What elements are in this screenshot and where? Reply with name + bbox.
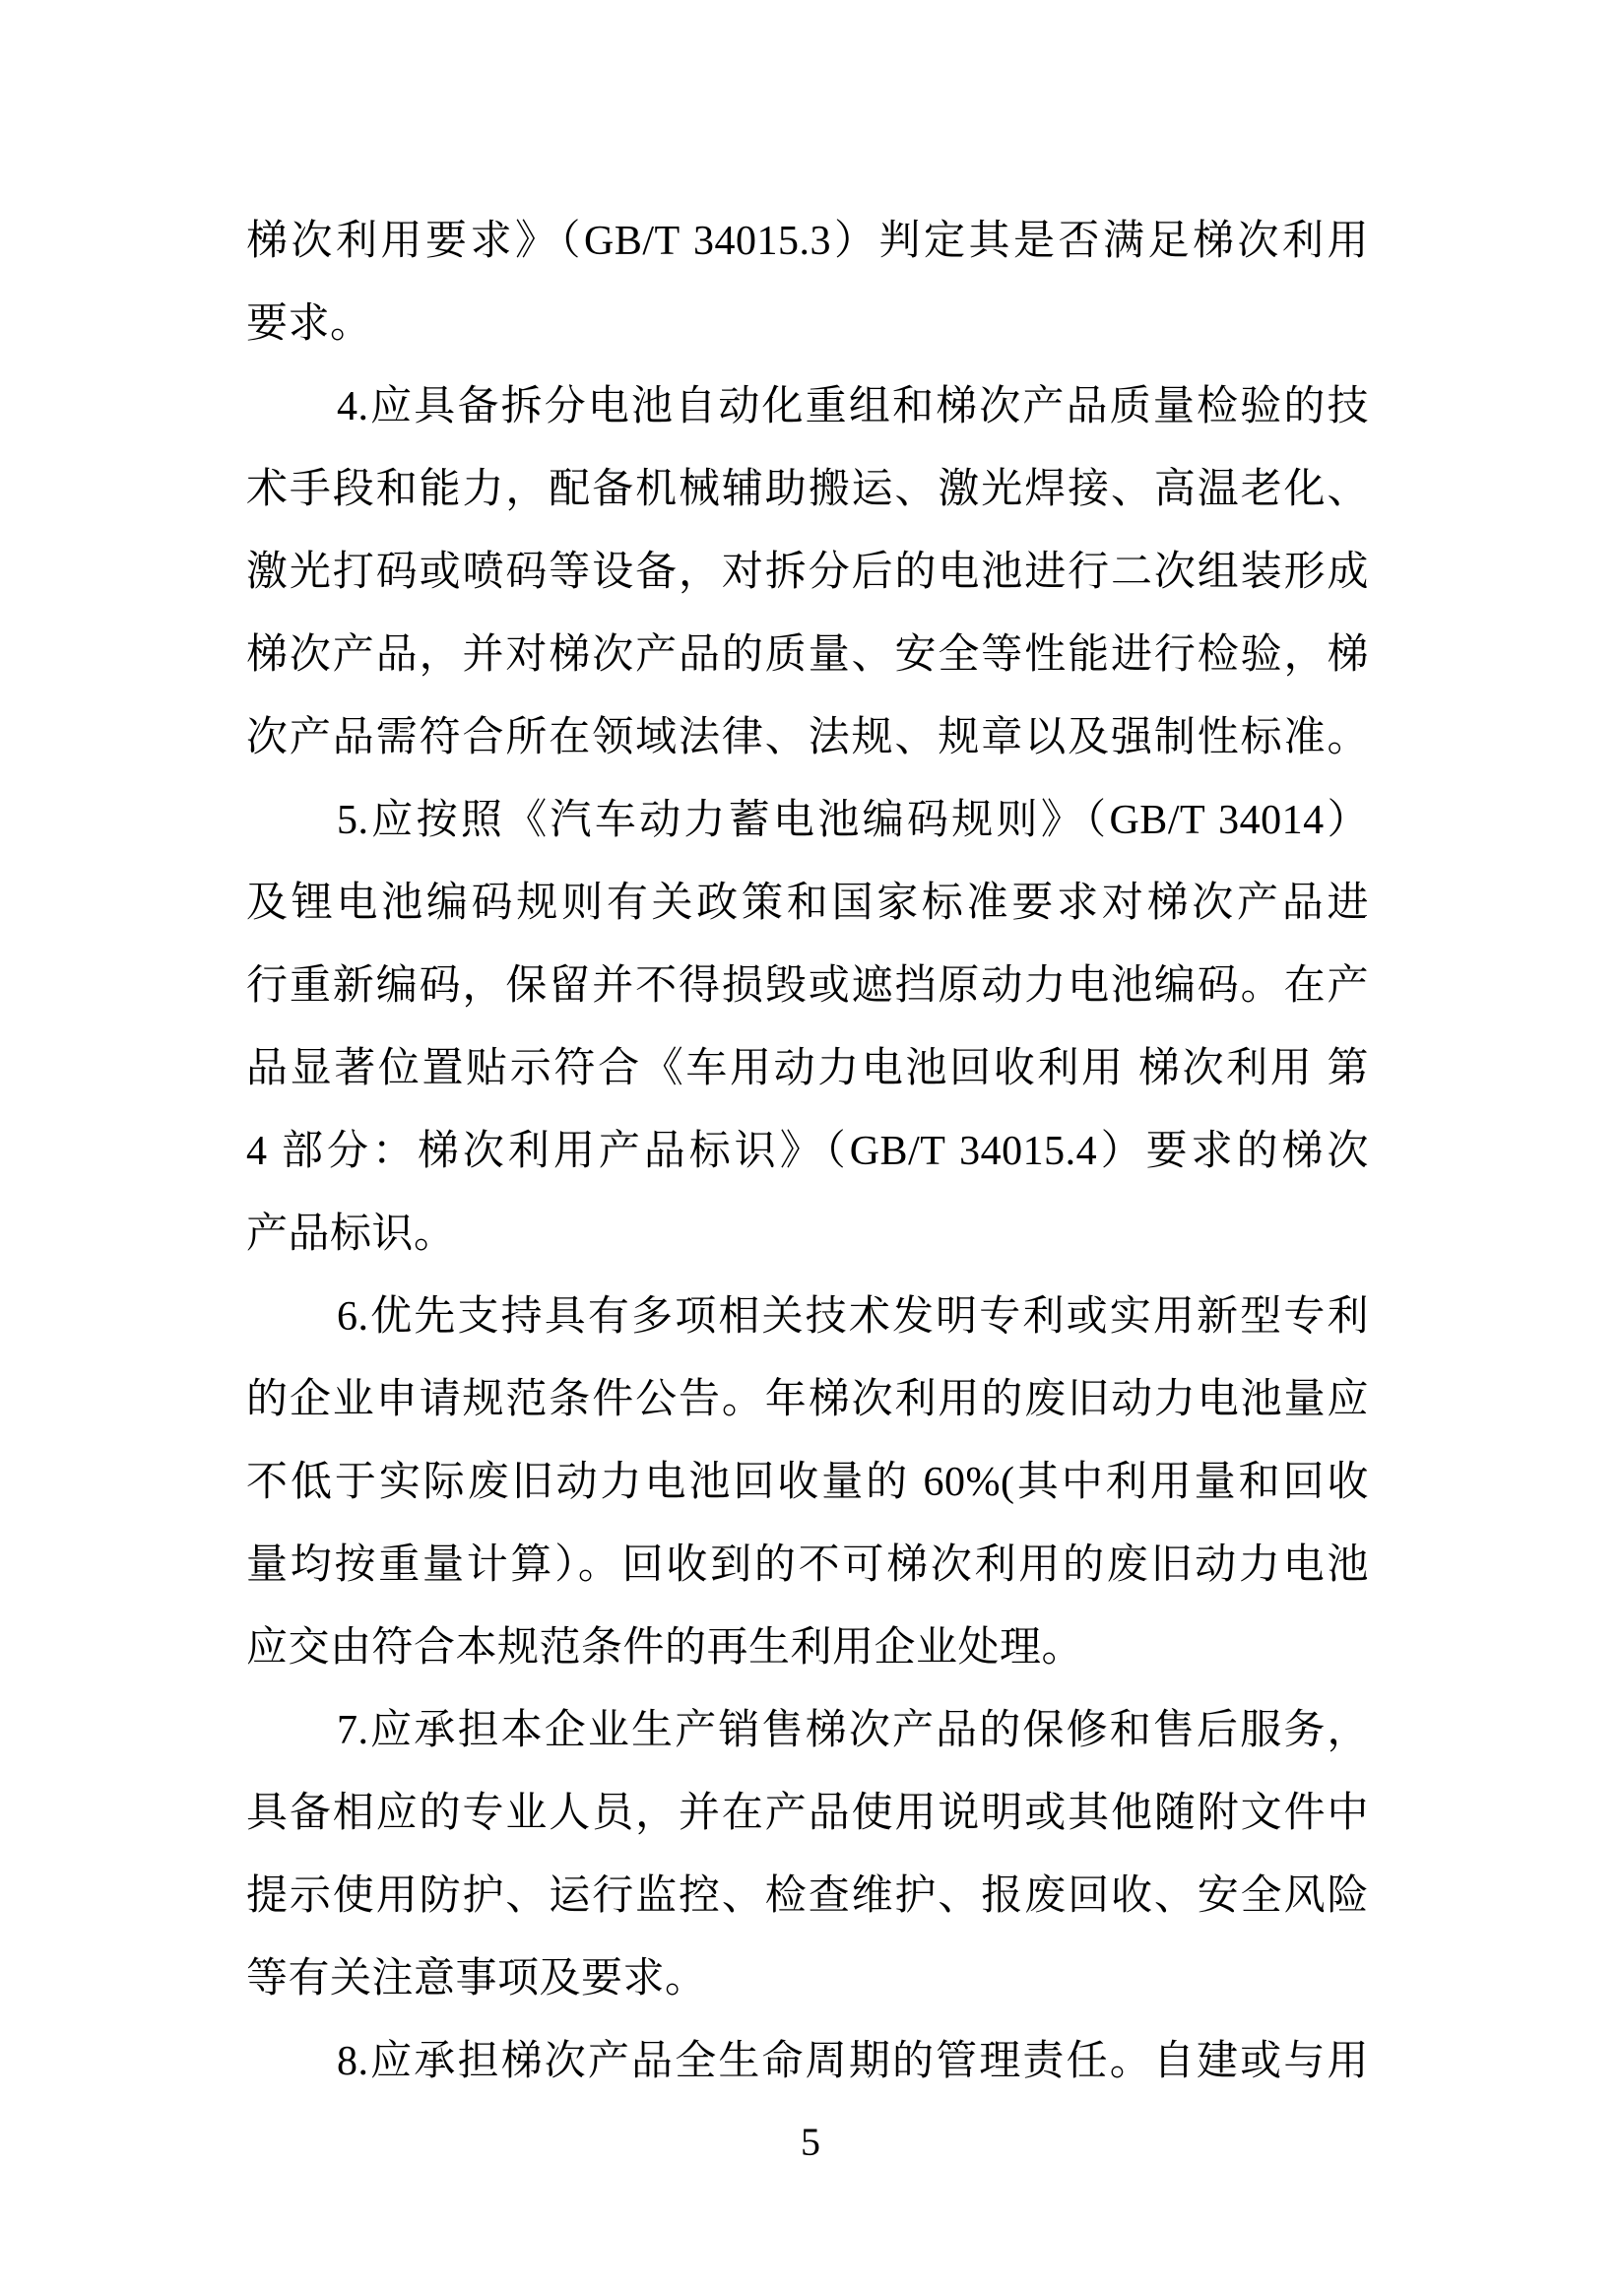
text-line: 应交由符合本规范条件的再生利用企业处理。	[246, 1607, 1369, 1689]
text-line: 术手段和能力，配备机械辅助搬运、激光焊接、高温老化、	[246, 448, 1369, 531]
text-line: 行重新编码，保留并不得损毁或遮挡原动力电池编码。在产	[246, 945, 1369, 1027]
document-page: 梯次利用要求》（GB/T 34015.3）判定其是否满足梯次利用 要求。 4.应…	[0, 0, 1621, 2296]
text-line: 产品标识。	[246, 1193, 1369, 1276]
text-line: 次产品需符合所在领域法律、法规、规章以及强制性标准。	[246, 696, 1369, 779]
text-line paragraph-start: 7.应承担本企业生产销售梯次产品的保修和售后服务，	[246, 1689, 1369, 1772]
document-body-text: 梯次利用要求》（GB/T 34015.3）判定其是否满足梯次利用 要求。 4.应…	[246, 200, 1369, 2103]
text-line: 4 部分：梯次利用产品标识》（GB/T 34015.4）要求的梯次	[246, 1110, 1369, 1193]
text-line: 的企业申请规范条件公告。年梯次利用的废旧动力电池量应	[246, 1358, 1369, 1441]
text-line: 梯次产品，并对梯次产品的质量、安全等性能进行检验，梯	[246, 614, 1369, 696]
text-line: 激光打码或喷码等设备，对拆分后的电池进行二次组装形成	[246, 531, 1369, 614]
text-line: 梯次利用要求》（GB/T 34015.3）判定其是否满足梯次利用	[246, 200, 1369, 283]
text-line paragraph-start: 4.应具备拆分电池自动化重组和梯次产品质量检验的技	[246, 365, 1369, 448]
text-line: 具备相应的专业人员，并在产品使用说明或其他随附文件中	[246, 1772, 1369, 1855]
text-line: 等有关注意事项及要求。	[246, 1937, 1369, 2020]
text-line: 品显著位置贴示符合《车用动力电池回收利用 梯次利用 第	[246, 1027, 1369, 1110]
text-line: 不低于实际废旧动力电池回收量的 60%(其中利用量和回收	[246, 1441, 1369, 1524]
text-line paragraph-start: 6.优先支持具有多项相关技术发明专利或实用新型专利	[246, 1276, 1369, 1358]
text-line: 提示使用防护、运行监控、检查维护、报废回收、安全风险	[246, 1855, 1369, 1937]
text-line: 量均按重量计算）。回收到的不可梯次利用的废旧动力电池	[246, 1524, 1369, 1607]
page-number: 5	[0, 2120, 1621, 2165]
text-line paragraph-start: 8.应承担梯次产品全生命周期的管理责任。自建或与用	[246, 2020, 1369, 2103]
text-line: 及锂电池编码规则有关政策和国家标准要求对梯次产品进	[246, 862, 1369, 945]
text-line: 要求。	[246, 283, 1369, 365]
text-line paragraph-start: 5.应按照《汽车动力蓄电池编码规则》（GB/T 34014）	[246, 779, 1369, 862]
